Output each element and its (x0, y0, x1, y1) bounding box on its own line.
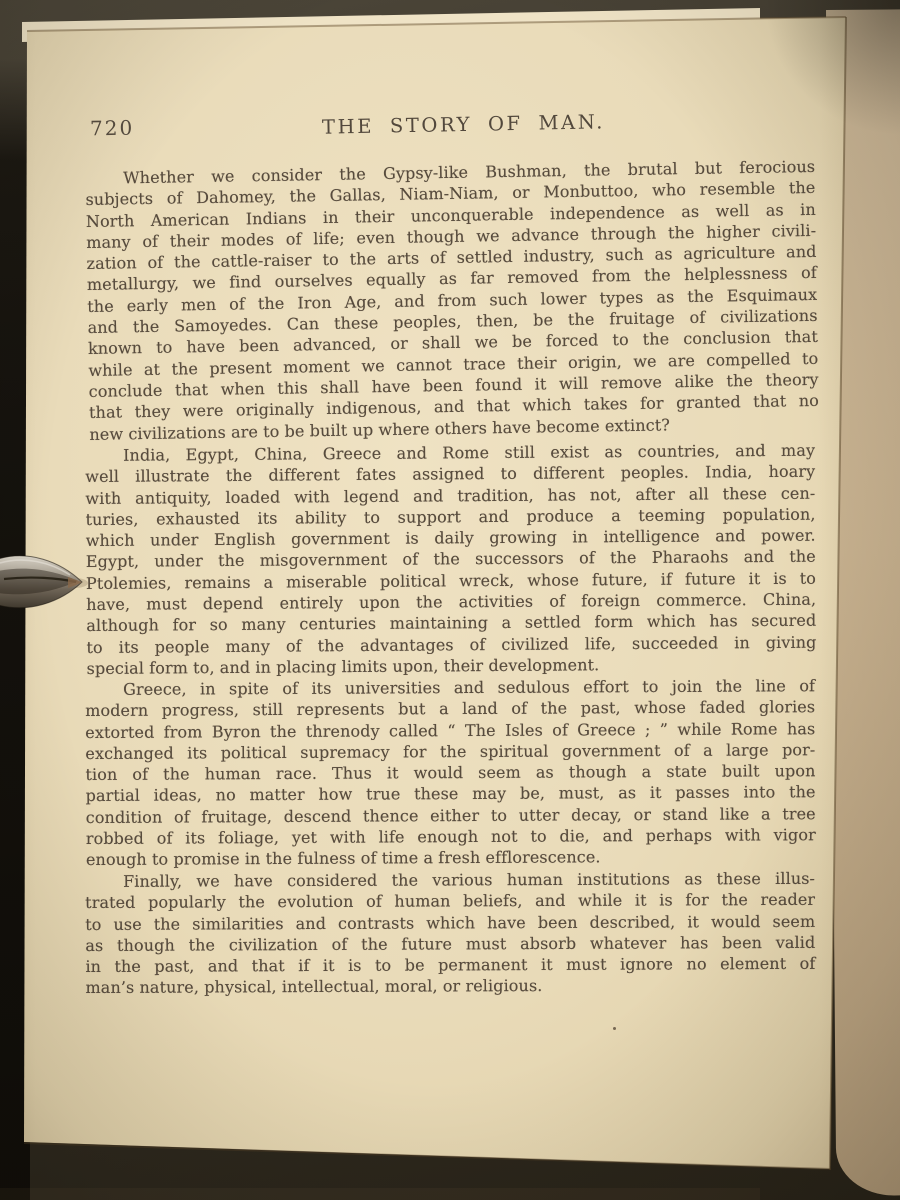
text-line: in the past, and that if it is to be per… (85, 953, 815, 977)
text-line: robbed of its foliage, yet with life eno… (86, 824, 816, 849)
paragraph: Whether we consider the Gypsy-like Bushm… (85, 156, 819, 445)
text-line: enough to promise in the fulness of time… (86, 846, 816, 871)
paragraph: Greece, in spite of its universities and… (85, 675, 816, 870)
ink-speck (613, 1027, 616, 1030)
text-line: to use the similarities and contrasts wh… (85, 910, 815, 934)
metal-clip (0, 549, 88, 615)
running-head: THE STORY OF MAN. (322, 110, 605, 138)
text-line: Finally, we have considered the various … (85, 868, 815, 892)
paragraph: Finally, we have considered the various … (85, 868, 816, 999)
text-line: trated popularly the evolution of human … (85, 889, 815, 913)
table-surface-glow (0, 1188, 760, 1200)
page-number: 720 (90, 116, 135, 141)
book-page: 720 THE STORY OF MAN. Whether we conside… (0, 0, 900, 1200)
paragraph: India, Egypt, China, Greece and Rome sti… (85, 440, 817, 680)
book-photo: 720 THE STORY OF MAN. Whether we conside… (0, 0, 900, 1200)
text-line: man’s nature, physical, intellectual, mo… (85, 974, 815, 998)
text-line: as though the civilization of the future… (85, 932, 815, 956)
text-column: Whether we consider the Gypsy-like Bushm… (85, 168, 815, 999)
